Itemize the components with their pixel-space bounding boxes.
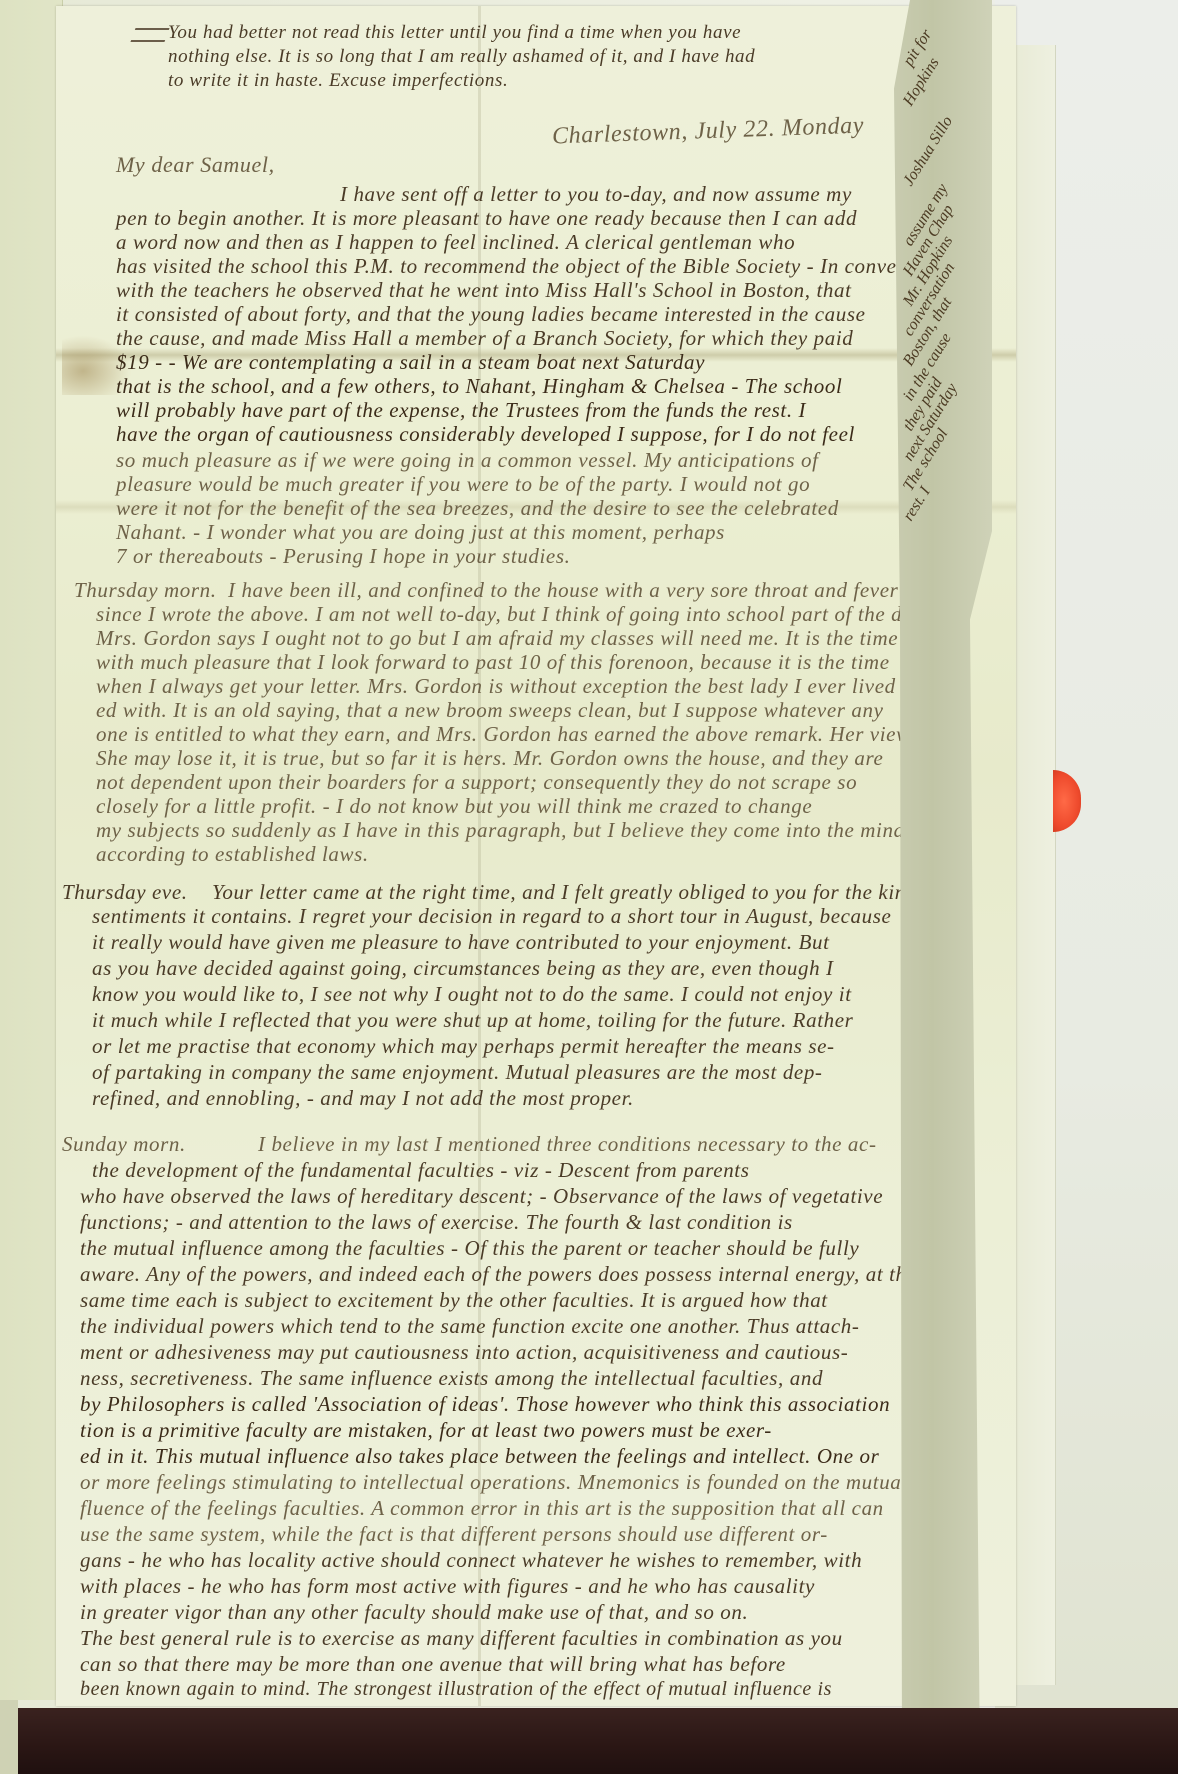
- letter-line: I have been ill, and confined to the hou…: [228, 578, 943, 603]
- letter-line: has visited the school this P.M. to reco…: [116, 254, 960, 279]
- letter-line: one is entitled to what they earn, and M…: [96, 722, 919, 747]
- letter-line: ed in it. This mutual influence also tak…: [80, 1444, 879, 1469]
- letter-line: aware. Any of the powers, and indeed eac…: [80, 1262, 917, 1287]
- letter-line: when I always get your letter. Mrs. Gord…: [96, 674, 896, 699]
- letter-line: been known again to mind. The strongest …: [80, 1678, 832, 1701]
- postscript-line: nothing else. It is so long that I am re…: [168, 46, 755, 68]
- letter-line: 7 or thereabouts - Perusing I hope in yo…: [116, 544, 570, 569]
- letter-line: I have sent off a letter to you to-day, …: [340, 182, 852, 207]
- letter-line: with the teachers he observed that he we…: [116, 278, 852, 303]
- letter-line: that is the school, and a few others, to…: [116, 374, 842, 399]
- letter-line: sentiments it contains. I regret your de…: [92, 904, 891, 929]
- letter-line: who have observed the laws of hereditary…: [80, 1184, 883, 1209]
- letter-line: gans - he who has locality active should…: [80, 1548, 862, 1573]
- section-heading: Sunday morn.: [62, 1132, 186, 1157]
- letter-line: tion is a primitive faculty are mistaken…: [80, 1418, 772, 1443]
- letter-line: Nahant. - I wonder what you are doing ju…: [116, 520, 725, 545]
- letter-line: $19 - - We are contemplating a sail in a…: [116, 350, 705, 375]
- letter-line: ed with. It is an old saying, that a new…: [96, 698, 884, 723]
- letter-line: I believe in my last I mentioned three c…: [258, 1132, 877, 1157]
- letter-line: fluence of the feelings faculties. A com…: [80, 1496, 884, 1521]
- section-heading: Thursday morn.: [74, 578, 217, 603]
- letter-line: so much pleasure as if we were going in …: [116, 448, 819, 473]
- letter-line: will probably have part of the expense, …: [116, 398, 806, 423]
- letter-line: the cause, and made Miss Hall a member o…: [116, 326, 853, 351]
- letter-line: same time each is subject to excitement …: [80, 1288, 828, 1313]
- letter-line: since I wrote the above. I am not well t…: [96, 602, 928, 627]
- letter-line: pleasure would be much greater if you we…: [116, 472, 810, 497]
- letter-line: The best general rule is to exercise as …: [80, 1626, 843, 1651]
- table-surface: [0, 1708, 1178, 1774]
- letter-line: were it not for the benefit of the sea b…: [116, 496, 839, 521]
- letter-line: my subjects so suddenly as I have in thi…: [96, 818, 905, 843]
- letter-line: ness, secretiveness. The same influence …: [80, 1366, 823, 1391]
- letter-line: have the organ of cautiousness considera…: [116, 422, 855, 447]
- letter-line: Your letter came at the right time, and …: [212, 880, 917, 905]
- letter-line: She may lose it, it is true, but so far …: [96, 746, 883, 771]
- envelope-corner: [0, 1700, 18, 1774]
- letter-line: with places - he who has form most activ…: [80, 1574, 815, 1599]
- letter-line: by Philosophers is called 'Association o…: [80, 1392, 890, 1417]
- letter-line: the development of the fundamental facul…: [92, 1158, 750, 1183]
- letter-line: know you would like to, I see not why I …: [92, 982, 852, 1007]
- letter-line: according to established laws.: [96, 842, 369, 867]
- letter-line: functions; - and attention to the laws o…: [80, 1210, 793, 1235]
- insertion-mark-icon: [130, 28, 169, 42]
- letter-line: a word now and then as I happen to feel …: [116, 230, 795, 255]
- letter-line: or more feelings stimulating to intellec…: [80, 1470, 939, 1495]
- letter-line: not dependent upon their boarders for a …: [96, 770, 857, 795]
- letter-line: with much pleasure that I look forward t…: [96, 650, 890, 675]
- letter-line: it really would have given me pleasure t…: [92, 930, 830, 955]
- letter-line: refined, and ennobling, - and may I not …: [92, 1086, 634, 1111]
- section-heading: Thursday eve.: [62, 880, 188, 905]
- letter-line: the mutual influence among the faculties…: [80, 1236, 859, 1261]
- letter-line: or let me practise that economy which ma…: [92, 1034, 835, 1059]
- letter-line: Mrs. Gordon says I ought not to go but I…: [96, 626, 898, 651]
- letter-line: in greater vigor than any other faculty …: [80, 1600, 748, 1625]
- letter-line: it much while I reflected that you were …: [92, 1008, 853, 1033]
- letter-line: pen to begin another. It is more pleasan…: [116, 206, 857, 231]
- letter-line: use the same system, while the fact is t…: [80, 1522, 828, 1547]
- letter-line: as you have decided against going, circu…: [92, 956, 834, 981]
- letter-line: ment or adhesiveness may put cautiousnes…: [80, 1340, 848, 1365]
- letter-line: it consisted of about forty, and that th…: [116, 302, 866, 327]
- letter-line: the individual powers which tend to the …: [80, 1314, 859, 1339]
- letter-line: closely for a little profit. - I do not …: [96, 794, 812, 819]
- postscript-line: You had better not read this letter unti…: [168, 22, 741, 44]
- letter-line: of partaking in company the same enjoyme…: [92, 1060, 823, 1085]
- left-envelope-fold: [0, 0, 63, 1700]
- salutation: My dear Samuel,: [116, 152, 275, 178]
- postscript-line: to write it in haste. Excuse imperfectio…: [168, 70, 508, 92]
- letter-line: can so that there may be more than one a…: [80, 1652, 786, 1677]
